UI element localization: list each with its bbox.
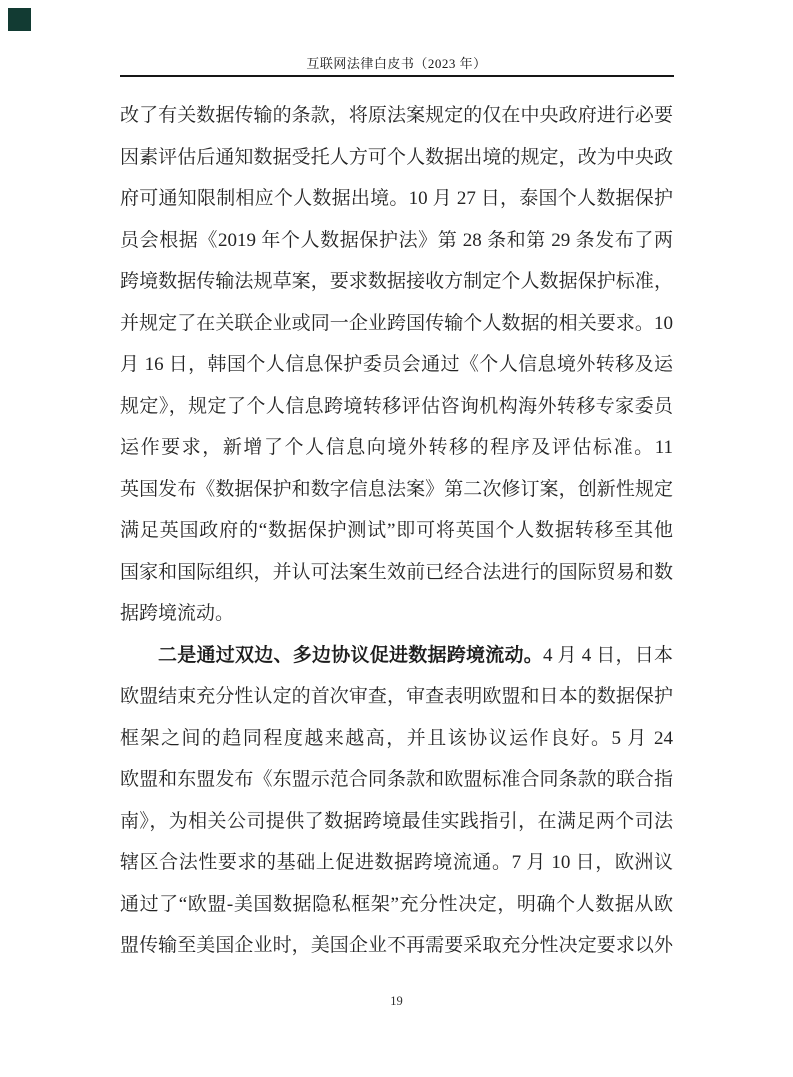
body-line-text: 因素评估后通知数据受托人方可个人数据出境的规定，改为中央政 (120, 147, 673, 168)
body-line-text: 跨境数据传输法规草案，要求数据接收方制定个人数据保护标准， (120, 271, 673, 292)
body-line: 府可通知限制相应个人数据出境。10 月 27 日，泰国个人数据保护委 (120, 178, 673, 220)
body-line-text: 府可通知限制相应个人数据出境。10 月 27 日，泰国个人数据保护委 (120, 188, 673, 220)
body-line: 辖区合法性要求的基础上促进数据跨境流通。7 月 10 日，欧洲议会 (120, 842, 673, 884)
body-line: 英国发布《数据保护和数字信息法案》第二次修订案，创新性规定 (120, 469, 673, 511)
body-line-text: 月 16 日，韩国个人信息保护委员会通过《个人信息境外转移及运用 (120, 354, 673, 386)
body-line: 国家和国际组织，并认可法案生效前已经合法进行的国际贸易和数 (120, 552, 673, 594)
body-text: 改了有关数据传输的条款，将原法案规定的仅在中央政府进行必要因素评估后通知数据受托… (120, 95, 673, 967)
body-line-text: 南》，为相关公司提供了数据跨境最佳实践指引，在满足两个司法管 (120, 811, 673, 843)
body-line-text: 改了有关数据传输的条款，将原法案规定的仅在中央政府进行必要 (120, 105, 673, 126)
body-line: 欧盟和东盟发布《东盟示范合同条款和欧盟标准合同条款的联合指 (120, 759, 673, 801)
body-line: 通过了“欧盟-美国数据隐私框架”充分性决定，明确个人数据从欧 (120, 884, 673, 926)
body-line: 据跨境流动。 (120, 593, 673, 635)
body-line-text: 辖区合法性要求的基础上促进数据跨境流通。7 月 10 日，欧洲议会 (120, 852, 673, 884)
body-line: 运作要求，新增了个人信息向境外转移的程序及评估标准。11 月， (120, 427, 673, 469)
body-line-text: 规定》，规定了个人信息跨境转移评估咨询机构海外转移专家委员会 (120, 396, 673, 428)
body-line: 南》，为相关公司提供了数据跨境最佳实践指引，在满足两个司法管 (120, 801, 673, 843)
paragraph-lead-bold: 二是通过双边、多边协议促进数据跨境流动。 (158, 645, 543, 666)
body-line-text: 运作要求，新增了个人信息向境外转移的程序及评估标准。11 月， (120, 437, 673, 469)
body-line: 满足英国政府的“数据保护测试”即可将英国个人数据转移至其他 (120, 510, 673, 552)
body-line: 并规定了在关联企业或同一企业跨国传输个人数据的相关要求。10 (120, 303, 673, 345)
body-line: 盟传输至美国企业时，美国企业不再需要采取充分性决定要求以外 (120, 925, 673, 967)
page-number: 19 (390, 994, 403, 1008)
body-line: 改了有关数据传输的条款，将原法案规定的仅在中央政府进行必要 (120, 95, 673, 137)
body-line-text: 盟传输至美国企业时，美国企业不再需要采取充分性决定要求以外 (120, 935, 673, 956)
body-line-text: 通过了“欧盟-美国数据隐私框架”充分性决定，明确个人数据从欧 (120, 894, 673, 915)
body-line-text: 满足英国政府的“数据保护测试”即可将英国个人数据转移至其他 (120, 520, 673, 541)
body-line: 二是通过双边、多边协议促进数据跨境流动。4 月 4 日，日本与 (120, 635, 673, 677)
body-line: 因素评估后通知数据受托人方可个人数据出境的规定，改为中央政 (120, 137, 673, 179)
body-line: 框架之间的趋同程度越来越高，并且该协议运作良好。5 月 24 日， (120, 718, 673, 760)
body-line: 欧盟结束充分性认定的首次审查，审查表明欧盟和日本的数据保护 (120, 676, 673, 718)
document-page: 互联网法律白皮书（2023 年） 改了有关数据传输的条款，将原法案规定的仅在中央… (0, 0, 793, 1077)
body-line-text: 国家和国际组织，并认可法案生效前已经合法进行的国际贸易和数 (120, 562, 673, 583)
corner-mark (8, 8, 31, 31)
body-line-text: 英国发布《数据保护和数字信息法案》第二次修订案，创新性规定 (120, 479, 673, 500)
body-line: 月 16 日，韩国个人信息保护委员会通过《个人信息境外转移及运用 (120, 344, 673, 386)
body-line: 规定》，规定了个人信息跨境转移评估咨询机构海外转移专家委员会 (120, 386, 673, 428)
body-line-text: 欧盟和东盟发布《东盟示范合同条款和欧盟标准合同条款的联合指 (120, 769, 673, 790)
body-line-text: 据跨境流动。 (120, 603, 234, 624)
body-line-text: 并规定了在关联企业或同一企业跨国传输个人数据的相关要求。10 (120, 313, 673, 334)
body-line: 员会根据《2019 年个人数据保护法》第 28 条和第 29 条发布了两部 (120, 220, 673, 262)
body-line-text: 欧盟结束充分性认定的首次审查，审查表明欧盟和日本的数据保护 (120, 686, 673, 707)
body-line-text: 员会根据《2019 年个人数据保护法》第 28 条和第 29 条发布了两部 (120, 230, 673, 262)
body-line: 跨境数据传输法规草案，要求数据接收方制定个人数据保护标准， (120, 261, 673, 303)
body-line-text: 框架之间的趋同程度越来越高，并且该协议运作良好。5 月 24 日， (120, 728, 673, 760)
header-divider (120, 75, 674, 77)
page-header: 互联网法律白皮书（2023 年） (0, 53, 793, 72)
header-title: 互联网法律白皮书（2023 年） (306, 56, 486, 71)
page-footer: 19 (0, 994, 793, 1009)
